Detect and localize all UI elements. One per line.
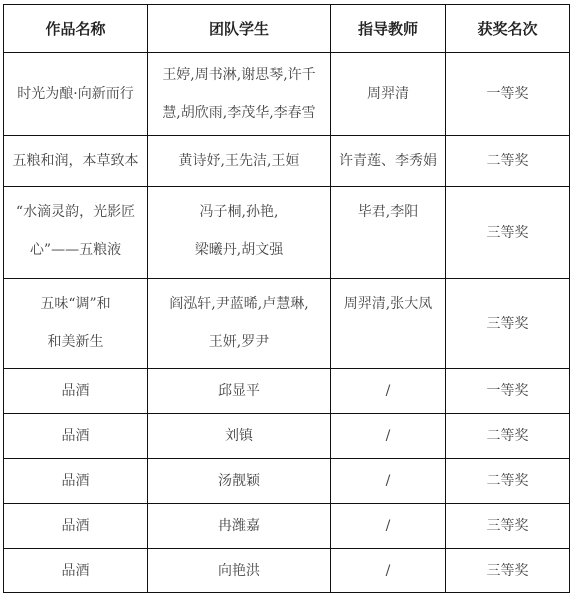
work-name-cell: 时光为酿·向新而行 [4, 53, 148, 136]
teacher-cell: / [331, 414, 446, 459]
teacher-cell: 周羿清,张大凤 [331, 279, 446, 369]
teacher-cell: 许青莲、李秀娟 [331, 136, 446, 187]
award-cell: 三等奖 [446, 187, 570, 279]
work-name-cell: 品酒 [4, 459, 148, 504]
table-row: 时光为酿·向新而行 王婷,周书淋,谢思琴,许千慧,胡欣雨,李茂华,李春雪 周羿清… [4, 53, 570, 136]
work-name-cell: “水滴灵韵，光影匠心”——五粮液 [4, 187, 148, 279]
work-name-cell: 品酒 [4, 414, 148, 459]
teacher-cell: / [331, 504, 446, 549]
award-cell: 二等奖 [446, 414, 570, 459]
table-header-row: 作品名称 团队学生 指导教师 获奖名次 [4, 5, 570, 53]
students-cell: 冉潍嘉 [148, 504, 331, 549]
teacher-cell: / [331, 549, 446, 593]
students-cell: 汤靓颖 [148, 459, 331, 504]
teacher-cell: / [331, 459, 446, 504]
students-cell: 王婷,周书淋,谢思琴,许千慧,胡欣雨,李茂华,李春雪 [148, 53, 331, 136]
table-row: 品酒 汤靓颖 / 二等奖 [4, 459, 570, 504]
awards-table: 作品名称 团队学生 指导教师 获奖名次 时光为酿·向新而行 王婷,周书淋,谢思琴… [3, 4, 570, 593]
table-row: 品酒 邱显平 / 一等奖 [4, 369, 570, 414]
award-cell: 三等奖 [446, 279, 570, 369]
teacher-cell: / [331, 369, 446, 414]
award-cell: 三等奖 [446, 549, 570, 593]
work-name-cell: 品酒 [4, 369, 148, 414]
students-cell: 黄诗妤,王先洁,王姮 [148, 136, 331, 187]
table-row: 五味“调”和和美新生 阎泓轩,尹蓝晞,卢慧琳,王妍,罗尹 周羿清,张大凤 三等奖 [4, 279, 570, 369]
students-cell: 阎泓轩,尹蓝晞,卢慧琳,王妍,罗尹 [148, 279, 331, 369]
work-name-cell: 五粮和润，本草致本 [4, 136, 148, 187]
work-name-cell: 五味“调”和和美新生 [4, 279, 148, 369]
header-team-students: 团队学生 [148, 5, 331, 53]
award-cell: 二等奖 [446, 459, 570, 504]
work-name-cell: 品酒 [4, 549, 148, 593]
header-award: 获奖名次 [446, 5, 570, 53]
table-row: 品酒 刘镇 / 二等奖 [4, 414, 570, 459]
award-cell: 二等奖 [446, 136, 570, 187]
students-cell: 邱显平 [148, 369, 331, 414]
table-row: 品酒 冉潍嘉 / 三等奖 [4, 504, 570, 549]
award-cell: 三等奖 [446, 504, 570, 549]
award-cell: 一等奖 [446, 369, 570, 414]
award-cell: 一等奖 [446, 53, 570, 136]
table-row: 五粮和润，本草致本 黄诗妤,王先洁,王姮 许青莲、李秀娟 二等奖 [4, 136, 570, 187]
students-cell: 刘镇 [148, 414, 331, 459]
work-name-cell: 品酒 [4, 504, 148, 549]
table-row: 品酒 向艳洪 / 三等奖 [4, 549, 570, 593]
teacher-cell: 毕君,李阳 [331, 187, 446, 279]
table-row: “水滴灵韵，光影匠心”——五粮液 冯子桐,孙艳,梁曦丹,胡文强 毕君,李阳 三等… [4, 187, 570, 279]
students-cell: 向艳洪 [148, 549, 331, 593]
header-work-name: 作品名称 [4, 5, 148, 53]
header-teacher: 指导教师 [331, 5, 446, 53]
teacher-cell: 周羿清 [331, 53, 446, 136]
students-cell: 冯子桐,孙艳,梁曦丹,胡文强 [148, 187, 331, 279]
